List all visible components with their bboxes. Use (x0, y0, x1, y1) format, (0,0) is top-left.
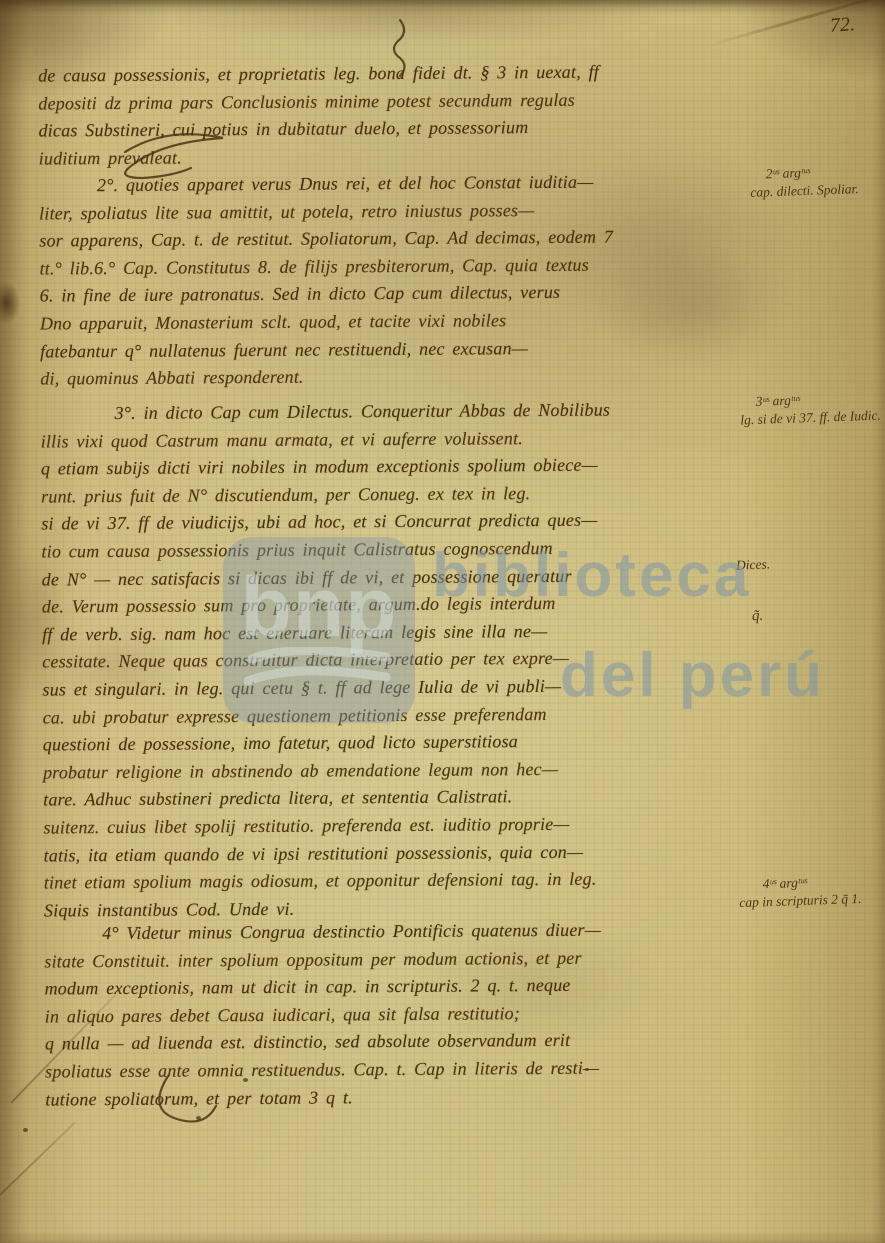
margin-note-line: lg. si de vi 37. ff. de Iudic. (740, 407, 881, 430)
page-number: 72. (829, 13, 856, 38)
ink-blot (0, 282, 20, 324)
margin-note-line: cap. dilecti. Spoliar. (750, 180, 859, 202)
margin-note-line: 3ᵘˢ argᵗᵘˢ (755, 389, 880, 411)
page-edge-right (873, 0, 885, 1243)
manuscript-paragraph-2: 2°. quoties apparet verus Dnus rei, et d… (39, 168, 757, 394)
manuscript-page: 72. de causa possessionis, et proprietat… (0, 0, 885, 1243)
manuscript-paragraph-3: 3°. in dicto Cap cum Dilectus. Conquerit… (40, 396, 760, 925)
manuscript-line: di, quominus Abbati responderent. (40, 361, 756, 394)
ink-speck (23, 1128, 28, 1132)
margin-note-2: 3ᵘˢ argᵗᵘˢ lg. si de vi 37. ff. de Iudic… (739, 389, 881, 430)
margin-note-line: 4ᵘˢ argᵗᵘˢ (762, 872, 861, 893)
manuscript-text: de causa possessionis, et proprietatis l… (38, 0, 763, 1243)
manuscript-paragraph-4: 4° Videtur minus Congrua destinctio Pont… (44, 915, 761, 1113)
margin-note-1: 2ᵘˢ argᵗᵘˢ cap. dilecti. Spoliar. (749, 162, 859, 202)
manuscript-paragraph-1: de causa possessionis, et proprietatis l… (38, 58, 755, 173)
manuscript-line: tutione spoliatorum, et per totam 3 q t. (45, 1081, 761, 1114)
page-corner-top-right (735, 0, 885, 80)
page-edge-left (0, 0, 28, 1243)
margin-note-line: 2ᵘˢ argᵗᵘˢ (765, 162, 858, 183)
